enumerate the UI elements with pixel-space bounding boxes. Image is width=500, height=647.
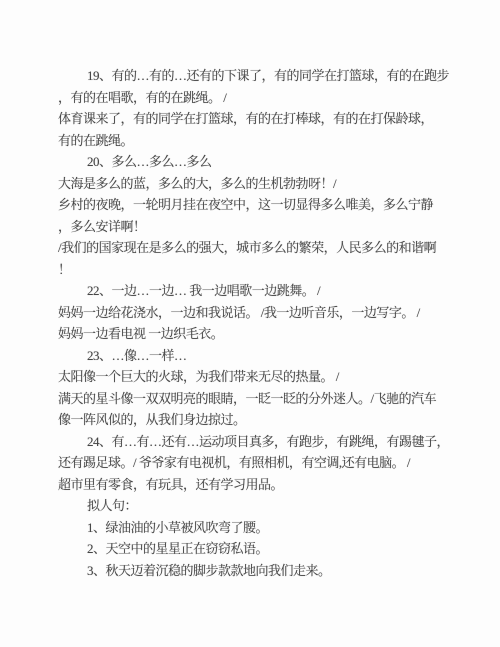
text-line: 19、有的…有的…还有的下课了，有的同学在打篮球，有的在跑步 xyxy=(58,65,448,87)
text-line: ！ xyxy=(58,259,448,281)
text-line: 有的在跳绳。 xyxy=(58,130,448,152)
text-line: 还有踢足球。/ 爷爷家有电视机，有照相机，有空调,还有电脑。 / xyxy=(58,452,448,474)
text-line: 20、多么…多么…多么 xyxy=(58,151,448,173)
text-line: 满天的星斗像一双双明亮的眼睛，一眨一眨的分外迷人。/飞驰的汽车 xyxy=(58,388,448,410)
text-line: 超市里有零食，有玩具，还有学习用品。 xyxy=(58,474,448,496)
text-line: 1、绿油油的小草被风吹弯了腰。 xyxy=(58,517,448,539)
text-line: 拟人句： xyxy=(58,495,448,517)
text-line: 乡村的夜晚，一轮明月挂在夜空中，这一切显得多么唯美，多么宁静 xyxy=(58,194,448,216)
text-line: 大海是多么的蓝，多么的大，多么的生机勃勃呀！/ xyxy=(58,173,448,195)
text-line: ，多么安详啊！ xyxy=(58,216,448,238)
text-line: 妈妈一边给花浇水，一边和我说话。 /我一边听音乐，一边写字。 / xyxy=(58,302,448,324)
text-line: 3、秋天迈着沉稳的脚步款款地向我们走来。 xyxy=(58,560,448,582)
text-line: ，有的在唱歌，有的在跳绳。 / xyxy=(58,87,448,109)
document-page: 19、有的…有的…还有的下课了，有的同学在打篮球，有的在跑步 ，有的在唱歌，有的… xyxy=(58,65,448,581)
text-line: 2、天空中的星星正在窃窃私语。 xyxy=(58,538,448,560)
text-line: 太阳像一个巨大的火球，为我们带来无尽的热量。 / xyxy=(58,366,448,388)
text-line: 像一阵风似的，从我们身边掠过。 xyxy=(58,409,448,431)
text-line: 23、…像…一样… xyxy=(58,345,448,367)
text-line: 妈妈一边看电视 一边织毛衣。 xyxy=(58,323,448,345)
text-line: /我们的国家现在是多么的强大，城市多么的繁荣，人民多么的和谐啊 xyxy=(58,237,448,259)
text-line: 24、有…有…还有…运动项目真多，有跑步，有跳绳，有踢毽子， xyxy=(58,431,448,453)
text-line: 体育课来了，有的同学在打篮球，有的在打棒球，有的在打保龄球， xyxy=(58,108,448,130)
text-line: 22、一边…一边… 我一边唱歌一边跳舞。 / xyxy=(58,280,448,302)
